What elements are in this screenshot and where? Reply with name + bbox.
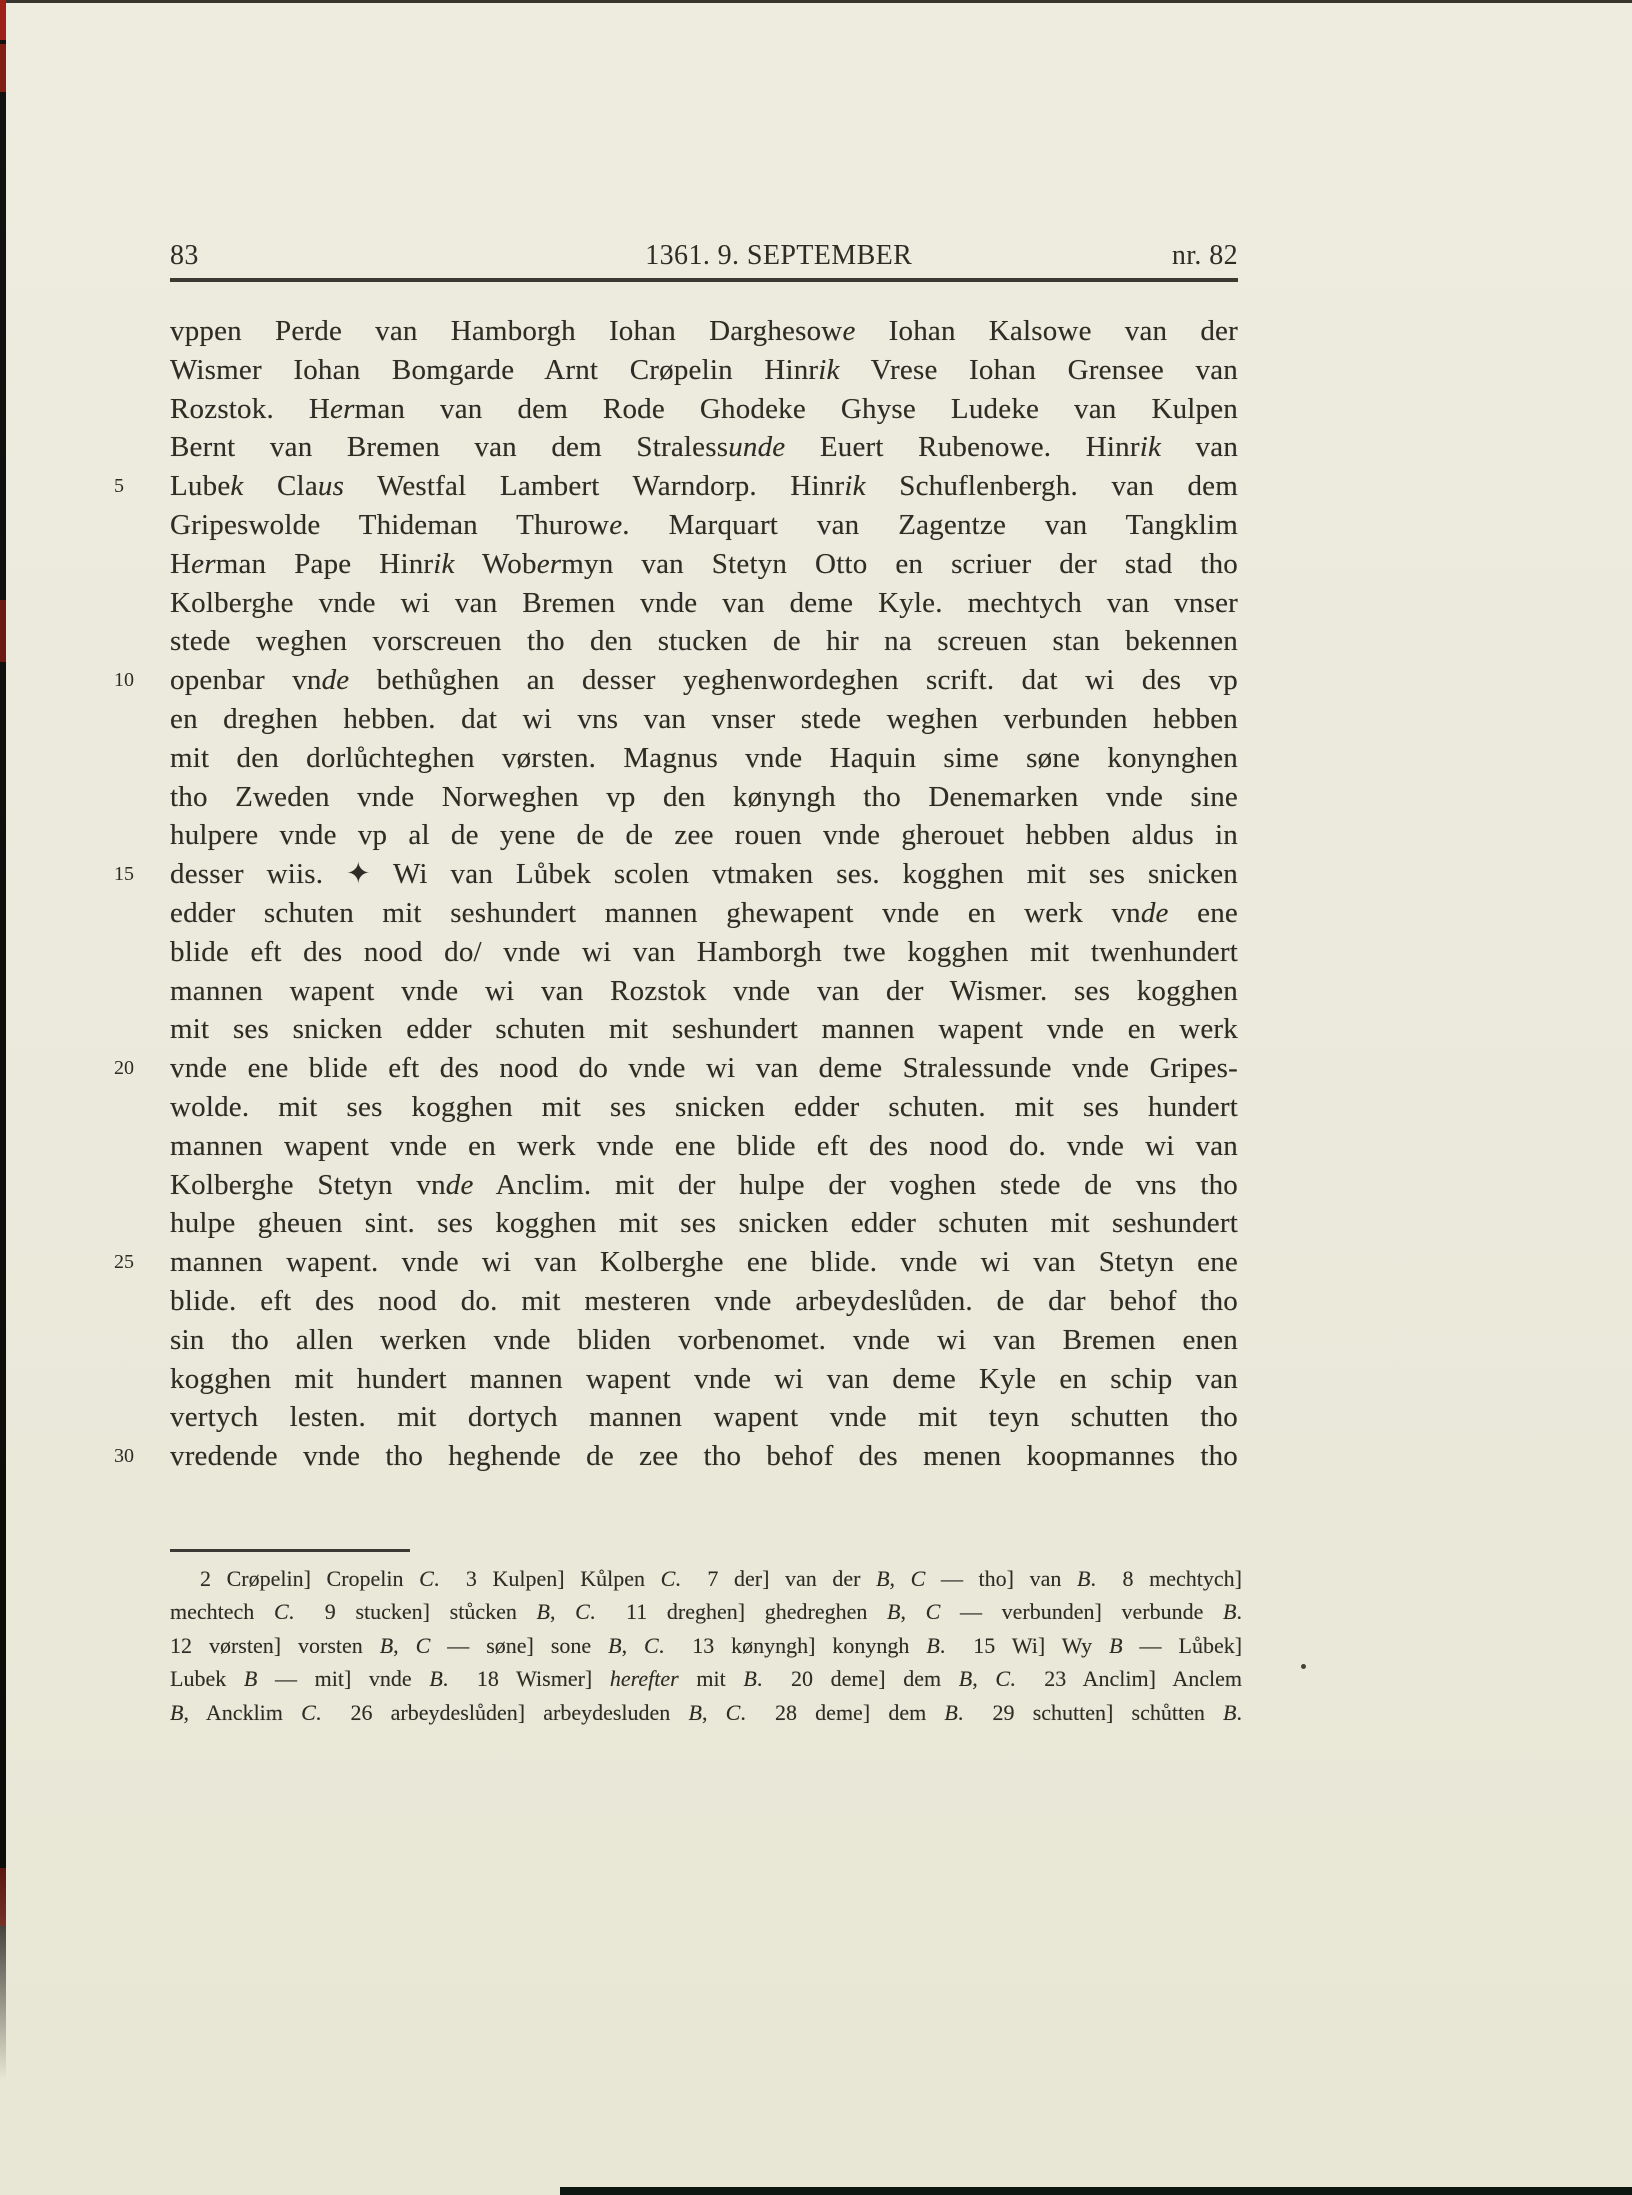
body-line: mit den dorlůchteghen vørsten. Magnus vn… — [170, 739, 1238, 778]
body-line: Kolberghe Stetyn vnde Anclim. mit der hu… — [170, 1166, 1238, 1205]
footnote-line: Lubek B — mit] vnde B. 18 Wismer] hereft… — [170, 1662, 1242, 1695]
footnote-line: 12 vørsten] vorsten B, C — søne] sone B,… — [170, 1629, 1242, 1662]
body-line: desser wiis. ✦ Wi van Lůbek scolen vtmak… — [170, 855, 1238, 894]
footnote-rule — [170, 1549, 410, 1552]
body-line: mannen wapent vnde wi van Rozstok vnde v… — [170, 972, 1238, 1011]
body-line: mannen wapent. vnde wi van Kolberghe ene… — [170, 1243, 1238, 1282]
body-line: en dreghen hebben. dat wi vns van vnser … — [170, 700, 1238, 739]
line-number: 25 — [114, 1243, 134, 1282]
body-line: edder schuten mit seshundert mannen ghew… — [170, 894, 1238, 933]
body-line: blide. eft des nood do. mit mesteren vnd… — [170, 1282, 1238, 1321]
red-edge-mark — [0, 600, 6, 662]
body-line: hulpe gheuen sint. ses kogghen mit ses s… — [170, 1204, 1238, 1243]
footnotes: 2 Crøpelin] Cropelin C. 3 Kulpen] Kůlpen… — [170, 1562, 1242, 1729]
body-line: wolde. mit ses kogghen mit ses snicken e… — [170, 1088, 1238, 1127]
body-line: stede weghen vorscreuen tho den stucken … — [170, 622, 1238, 661]
footnote-line: B, Ancklim C. 26 arbeydeslůden] arbeydes… — [170, 1696, 1242, 1729]
footnote-line: 2 Crøpelin] Cropelin C. 3 Kulpen] Kůlpen… — [170, 1562, 1242, 1595]
line-number: 10 — [114, 661, 134, 700]
body-line: Kolberghe vnde wi van Bremen vnde van de… — [170, 584, 1238, 623]
scan-edge-top — [0, 0, 1632, 3]
body-line: vnde ene blide eft des nood do vnde wi v… — [170, 1049, 1238, 1088]
scanned-book-page: 83 1361. 9. SEPTEMBER nr. 82 vppen Perde… — [0, 0, 1632, 2195]
scan-noise-dot — [1301, 1664, 1306, 1669]
scan-bottom-bar — [560, 2187, 1632, 2195]
body-line: Lubek Claus Westfal Lambert Warndorp. Hi… — [170, 467, 1238, 506]
page-header: 83 1361. 9. SEPTEMBER nr. 82 — [170, 228, 1238, 282]
red-edge-mark — [0, 44, 6, 92]
body-line: Rozstok. Herman van dem Rode Ghodeke Ghy… — [170, 390, 1238, 429]
red-edge-mark — [0, 1868, 6, 1926]
body-line: openbar vnde bethůghen an desser yeghenw… — [170, 661, 1238, 700]
body-line: blide eft des nood do/ vnde wi van Hambo… — [170, 933, 1238, 972]
body-line: hulpere vnde vp al de yene de de zee rou… — [170, 816, 1238, 855]
body-line: Herman Pape Hinrik Wobermyn van Stetyn O… — [170, 545, 1238, 584]
body-line: vppen Perde van Hamborgh Iohan Darghesow… — [170, 312, 1238, 351]
red-edge-mark — [0, 0, 6, 40]
date-heading: 1361. 9. SEPTEMBER — [645, 240, 912, 272]
body-line: vertych lesten. mit dortych mannen wapen… — [170, 1398, 1238, 1437]
document-number: nr. 82 — [1172, 240, 1238, 272]
footnote-line: mechtech C. 9 stucken] stůcken B, C. 11 … — [170, 1595, 1242, 1628]
body-line: vredende vnde tho heghende de zee tho be… — [170, 1437, 1238, 1476]
body-line: mit ses snicken edder schuten mit seshun… — [170, 1010, 1238, 1049]
body-line: Wismer Iohan Bomgarde Arnt Crøpelin Hinr… — [170, 351, 1238, 390]
line-number: 15 — [114, 855, 134, 894]
body-line: kogghen mit hundert mannen wapent vnde w… — [170, 1360, 1238, 1399]
body-text: vppen Perde van Hamborgh Iohan Darghesow… — [170, 312, 1238, 1476]
line-number: 5 — [114, 467, 124, 506]
body-line: mannen wapent vnde en werk vnde ene blid… — [170, 1127, 1238, 1166]
line-number: 20 — [114, 1049, 134, 1088]
scan-edge-left — [0, 0, 6, 2080]
body-line: sin tho allen werken vnde bliden vorbeno… — [170, 1321, 1238, 1360]
body-line: Bernt van Bremen van dem Stralessunde Eu… — [170, 428, 1238, 467]
line-number: 30 — [114, 1437, 134, 1476]
body-line: Gripeswolde Thideman Thurowe. Marquart v… — [170, 506, 1238, 545]
body-line: tho Zweden vnde Norweghen vp den kønyngh… — [170, 778, 1238, 817]
page-number: 83 — [170, 240, 199, 272]
